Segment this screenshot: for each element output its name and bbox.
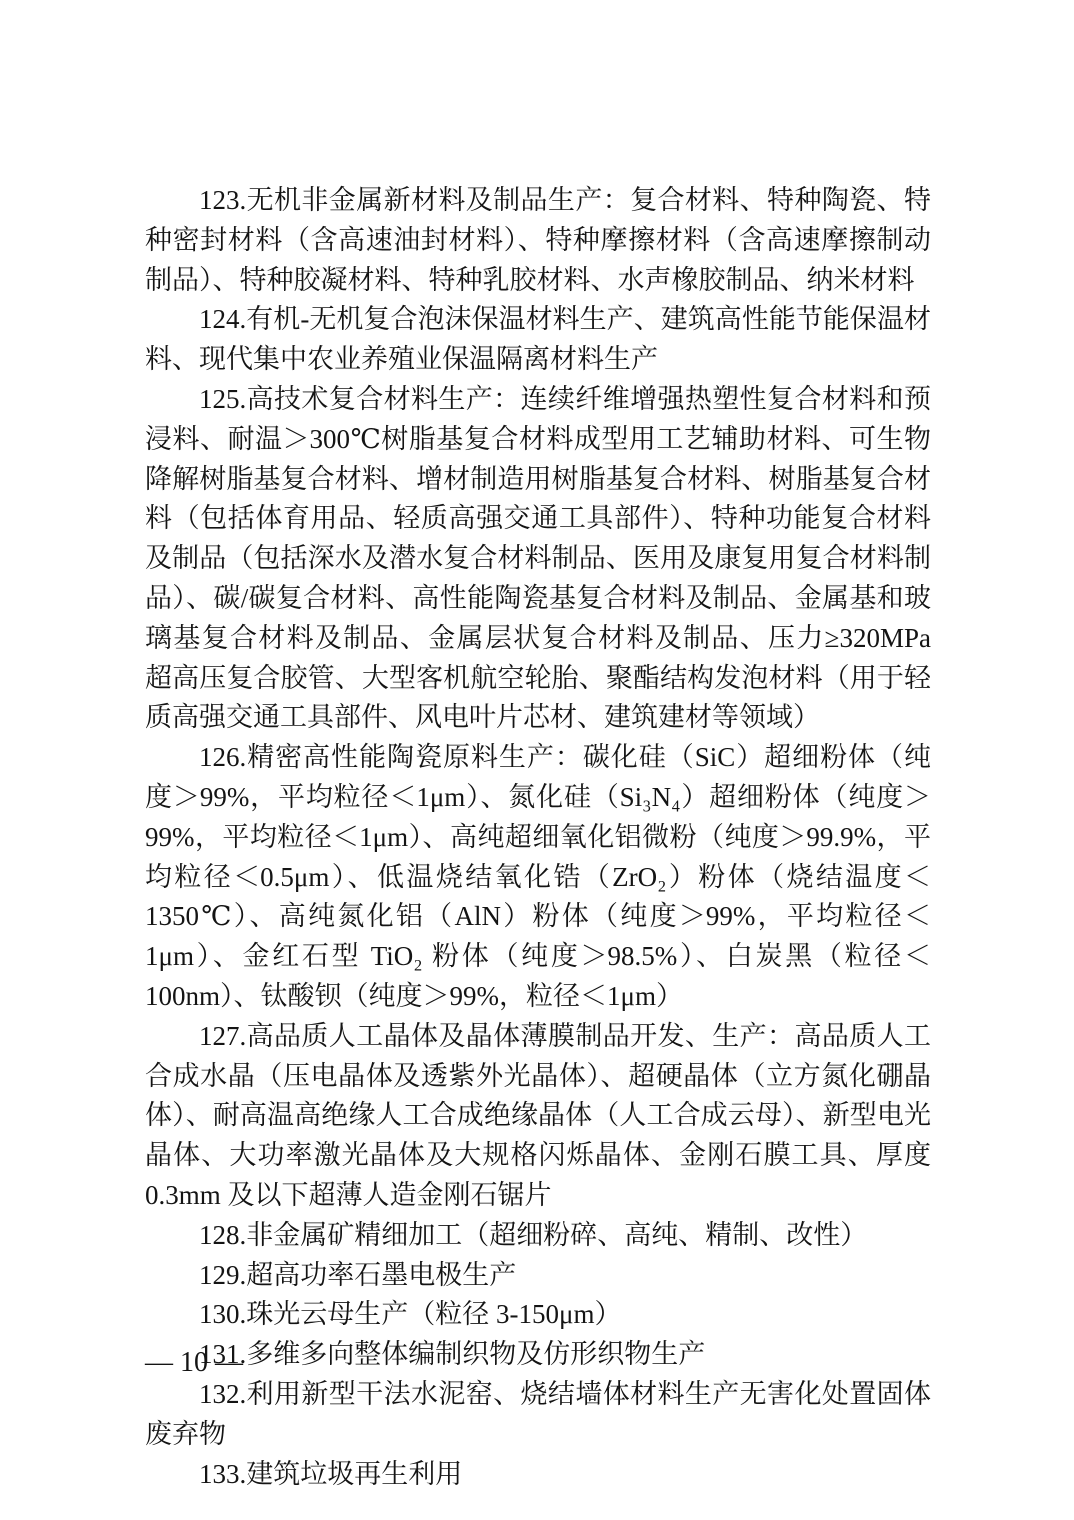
list-item-132: 132.利用新型干法水泥窑、烧结墙体材料生产无害化处置固体废弃物: [145, 1375, 931, 1455]
list-item-128: 128.非金属矿精细加工（超细粉碎、高纯、精制、改性）: [145, 1216, 931, 1256]
item-text: 珠光云母生产（粒径 3-150μm）: [246, 1299, 621, 1329]
page-number: — 10 —: [145, 1346, 243, 1380]
item-text: 精密高性能陶瓷原料生产：碳化硅（SiC）超细粉体（纯度＞99%，平均粒径＜1μm…: [145, 742, 931, 1011]
item-number: 124.: [199, 304, 246, 334]
document-page: 123.无机非金属新材料及制品生产：复合材料、特种陶瓷、特种密封材料（含高速油封…: [0, 0, 1074, 1520]
item-number: 130.: [199, 1299, 246, 1329]
item-text: 高品质人工晶体及晶体薄膜制品开发、生产：高品质人工合成水晶（压电晶体及透紫外光晶…: [145, 1021, 931, 1210]
item-number: 133.: [199, 1459, 246, 1489]
list-item-125: 125.高技术复合材料生产：连续纤维增强热塑性复合材料和预浸料、耐温＞300℃树…: [145, 380, 931, 738]
list-item-124: 124.有机-无机复合泡沫保温材料生产、建筑高性能节能保温材料、现代集中农业养殖…: [145, 300, 931, 380]
item-text: 多维多向整体编制织物及仿形织物生产: [246, 1339, 705, 1369]
item-text: 有机-无机复合泡沫保温材料生产、建筑高性能节能保温材料、现代集中农业养殖业保温隔…: [145, 304, 931, 374]
item-number: 127.: [199, 1021, 246, 1051]
list-item-133: 133.建筑垃圾再生利用: [145, 1455, 931, 1495]
item-text: 建筑垃圾再生利用: [246, 1459, 462, 1489]
item-text: 超高功率石墨电极生产: [246, 1260, 516, 1290]
item-text: 无机非金属新材料及制品生产：复合材料、特种陶瓷、特种密封材料（含高速油封材料）、…: [145, 185, 931, 295]
item-text: 非金属矿精细加工（超细粉碎、高纯、精制、改性）: [246, 1220, 867, 1250]
list-item-130: 130.珠光云母生产（粒径 3-150μm）: [145, 1295, 931, 1335]
list-item-127: 127.高品质人工晶体及晶体薄膜制品开发、生产：高品质人工合成水晶（压电晶体及透…: [145, 1017, 931, 1216]
item-number: 132.: [199, 1379, 246, 1409]
list-item-131: 131.多维多向整体编制织物及仿形织物生产: [145, 1335, 931, 1375]
item-number: 125.: [199, 384, 246, 414]
list-item-126: 126.精密高性能陶瓷原料生产：碳化硅（SiC）超细粉体（纯度＞99%，平均粒径…: [145, 738, 931, 1017]
list-item-123: 123.无机非金属新材料及制品生产：复合材料、特种陶瓷、特种密封材料（含高速油封…: [145, 181, 931, 300]
item-number: 123.: [199, 185, 246, 215]
item-text: 高技术复合材料生产：连续纤维增强热塑性复合材料和预浸料、耐温＞300℃树脂基复合…: [145, 384, 931, 732]
item-number: 126.: [199, 742, 246, 772]
item-number: 129.: [199, 1260, 246, 1290]
document-body: 123.无机非金属新材料及制品生产：复合材料、特种陶瓷、特种密封材料（含高速油封…: [145, 181, 931, 1494]
item-number: 128.: [199, 1220, 246, 1250]
list-item-129: 129.超高功率石墨电极生产: [145, 1256, 931, 1296]
item-text: 利用新型干法水泥窑、烧结墙体材料生产无害化处置固体废弃物: [145, 1379, 931, 1449]
